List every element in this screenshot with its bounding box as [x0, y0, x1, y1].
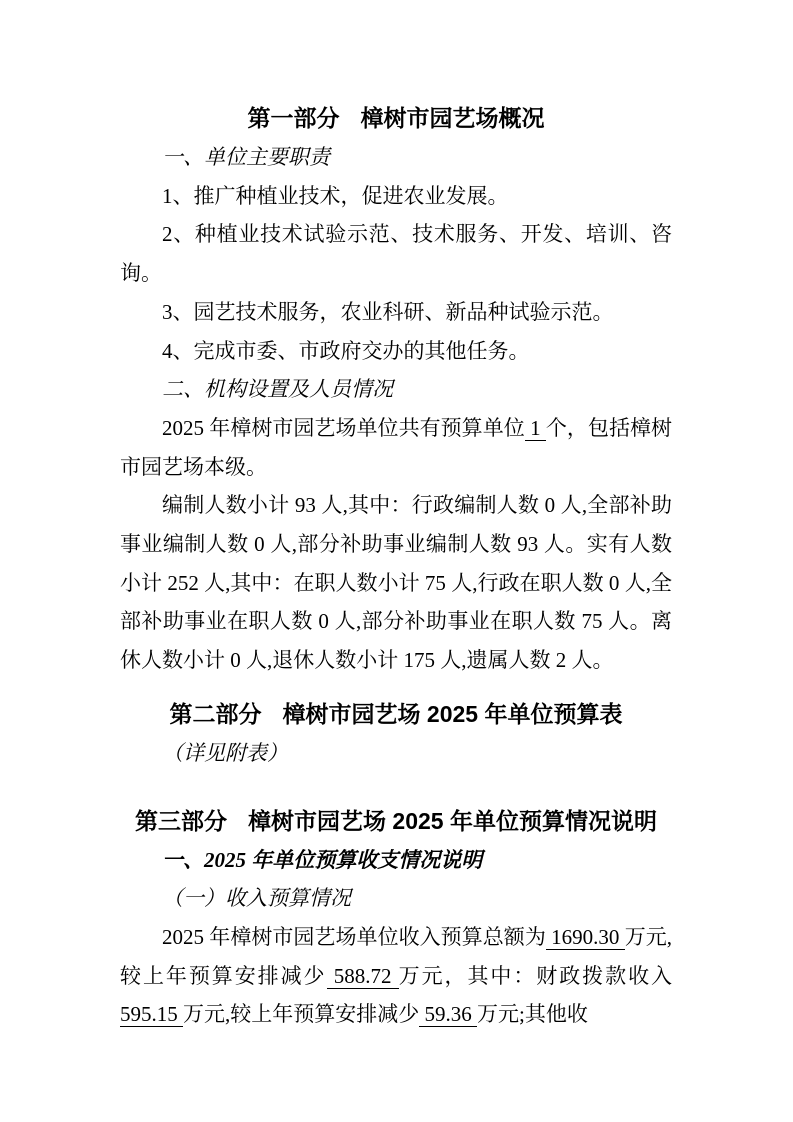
part3-heading: 第三部分樟树市园艺场 2025 年单位预算情况说明 [120, 802, 672, 841]
budget-explanation-subtitle: 一、2025 年单位预算收支情况说明 [120, 841, 672, 880]
fiscal-decrease-value: 59.36 [419, 1002, 477, 1027]
see-attached-tables-note: （详见附表） [120, 734, 672, 773]
part1-heading-title: 樟树市园艺场概况 [340, 105, 545, 131]
fiscal-allocation-value: 595.15 [120, 1002, 183, 1027]
section-duties-title: 一、单位主要职责 [120, 138, 672, 177]
part3-heading-title: 樟树市园艺场 2025 年单位预算情况说明 [227, 808, 657, 834]
budget-units-text-pre: 2025 年樟树市园艺场单位共有预算单位 [162, 416, 525, 440]
income-text-2: 万元，其中：财政拨款收入 [399, 964, 672, 988]
budget-unit-count-value: 1 [525, 416, 546, 441]
duty-item-4: 4、完成市委、市政府交办的其他任务。 [120, 332, 672, 371]
part2-heading-label: 第二部分 [170, 701, 262, 727]
part1-heading: 第一部分樟树市园艺场概况 [120, 99, 672, 138]
part1-heading-label: 第一部分 [248, 105, 340, 131]
income-decrease-value: 588.72 [327, 964, 399, 989]
duty-item-2: 2、种植业技术试验示范、技术服务、开发、培训、咨询。 [120, 215, 672, 292]
section-staffing-title: 二、机构设置及人员情况 [120, 370, 672, 409]
duty-item-1: 1、推广种植业技术，促进农业发展。 [120, 177, 672, 216]
income-text-4: 万元;其他收 [477, 1002, 588, 1026]
income-budget-subtitle: （一）收入预算情况 [120, 879, 672, 918]
part2-heading: 第二部分樟树市园艺场 2025 年单位预算表 [120, 695, 672, 734]
part2-heading-title: 樟树市园艺场 2025 年单位预算表 [262, 701, 623, 727]
income-text-0: 2025 年樟树市园艺场单位收入预算总额为 [162, 925, 546, 949]
staffing-paragraph: 编制人数小计 93 人,其中：行政编制人数 0 人,全部补助事业编制人数 0 人… [120, 486, 672, 680]
total-income-value: 1690.30 [546, 925, 625, 950]
budget-units-paragraph: 2025 年樟树市园艺场单位共有预算单位 1 个，包括樟树市园艺场本级。 [120, 409, 672, 486]
duty-item-3: 3、园艺技术服务，农业科研、新品种试验示范。 [120, 293, 672, 332]
income-paragraph: 2025 年樟树市园艺场单位收入预算总额为 1690.30 万元,较上年预算安排… [120, 918, 672, 1034]
income-text-3: 万元,较上年预算安排减少 [183, 1002, 419, 1026]
part3-heading-label: 第三部分 [135, 808, 227, 834]
document-page: 第一部分樟树市园艺场概况 一、单位主要职责 1、推广种植业技术，促进农业发展。 … [0, 0, 793, 1122]
